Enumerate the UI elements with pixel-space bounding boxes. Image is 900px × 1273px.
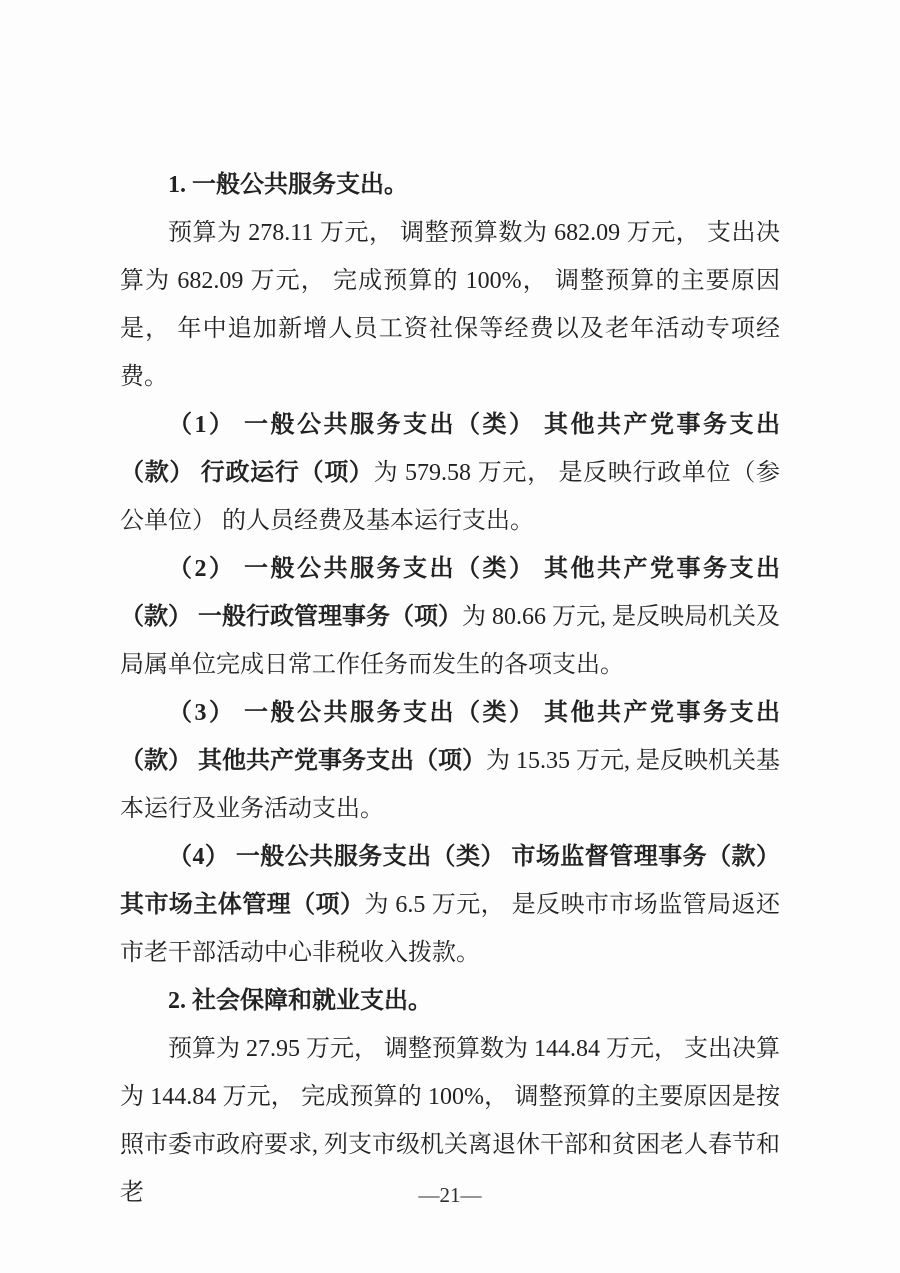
expense-item-2: （2） 一般公共服务支出（类） 其他共产党事务支出（款） 一般行政管理事务（项）…	[120, 545, 780, 689]
document-page: 1. 一般公共服务支出。 预算为 278.11 万元， 调整预算数为 682.0…	[0, 0, 900, 1273]
expense-item-4: （4） 一般公共服务支出（类） 市场监督管理事务（款） 其市场主体管理（项）为 …	[120, 833, 780, 977]
section-2-heading: 2. 社会保障和就业支出。	[120, 977, 780, 1025]
page-number: —21—	[419, 1183, 482, 1207]
document-body: 1. 一般公共服务支出。 预算为 278.11 万元， 调整预算数为 682.0…	[120, 161, 780, 1217]
expense-item-3: （3） 一般公共服务支出（类） 其他共产党事务支出（款） 其他共产党事务支出（项…	[120, 689, 780, 833]
section-1-summary: 预算为 278.11 万元， 调整预算数为 682.09 万元， 支出决算为 6…	[120, 209, 780, 401]
section-1-heading: 1. 一般公共服务支出。	[120, 161, 780, 209]
page-footer: —21—	[0, 1180, 900, 1210]
expense-item-1: （1） 一般公共服务支出（类） 其他共产党事务支出（款） 行政运行（项）为 57…	[120, 401, 780, 545]
